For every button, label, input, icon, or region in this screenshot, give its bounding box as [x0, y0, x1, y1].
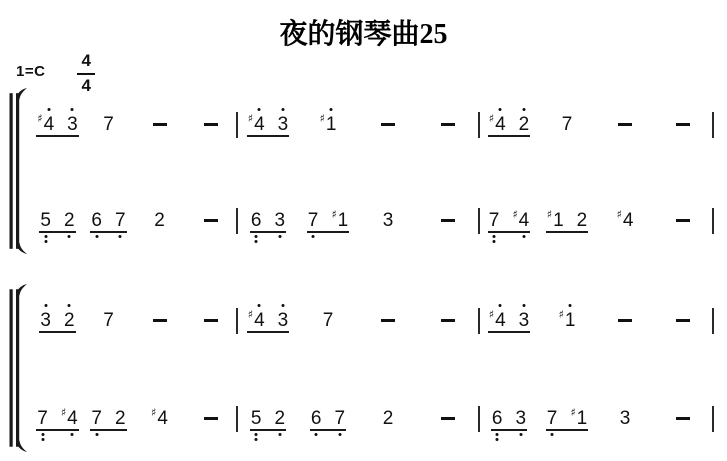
note-number: 1 — [577, 409, 588, 428]
beat — [358, 115, 418, 134]
note: ♯1 — [570, 409, 587, 428]
beat: 63 — [238, 211, 298, 230]
note-number-wrap: 7 — [323, 311, 334, 330]
note-number: 4 — [67, 409, 78, 428]
note-number-wrap: 1 — [565, 311, 576, 330]
note-number: 3 — [519, 311, 530, 330]
note-number-wrap: 3 — [519, 311, 530, 330]
measure: ♯427 — [480, 115, 712, 134]
beat — [418, 115, 478, 134]
note: 3 — [620, 409, 631, 428]
note-group — [441, 219, 455, 230]
note-number: 7 — [323, 311, 334, 330]
beat — [654, 311, 712, 330]
note-number-wrap: 6 — [492, 409, 503, 428]
note-group: 7♯4 — [489, 211, 529, 230]
beat: 2 — [358, 409, 418, 428]
octave-dot — [338, 433, 341, 436]
octave-dot-above — [499, 304, 502, 307]
note-number: 1 — [553, 211, 564, 230]
note-group: ♯4 — [151, 409, 168, 428]
note-number-wrap: 3 — [278, 115, 289, 134]
note-group: ♯43 — [37, 115, 77, 134]
note-number: 1 — [565, 311, 576, 330]
octave-dot-above — [522, 304, 525, 307]
note: ♯1 — [331, 211, 348, 230]
note-group: 7 — [562, 115, 573, 134]
octave-dots-below — [551, 433, 554, 436]
note-number: 5 — [251, 409, 262, 428]
sharp-icon: ♯ — [151, 407, 156, 418]
beat — [596, 115, 654, 134]
measure: 327 — [32, 311, 236, 330]
beat: ♯12 — [538, 211, 596, 230]
beat — [185, 311, 236, 330]
note-group — [676, 417, 690, 428]
note-group — [153, 319, 167, 330]
note-number-wrap: 7 — [562, 115, 573, 134]
note-group: 3 — [620, 409, 631, 428]
sharp-icon: ♯ — [37, 113, 42, 124]
dash-rest — [153, 123, 167, 126]
note-group — [204, 219, 218, 230]
note-group: 32 — [40, 311, 74, 330]
beat: 67 — [83, 211, 134, 230]
octave-dot-above — [47, 108, 50, 111]
staff-treble: 327♯437♯43♯1 — [32, 290, 720, 330]
note-number: 3 — [383, 211, 394, 230]
dash-rest — [381, 123, 395, 126]
note: 5 — [251, 409, 262, 428]
octave-dots-below — [338, 433, 341, 436]
beat: 7♯4 — [32, 409, 83, 428]
note-group: 7 — [323, 311, 334, 330]
note-number: 3 — [67, 115, 78, 134]
note: ♯4 — [617, 211, 634, 230]
octave-dot-above — [281, 304, 284, 307]
measure: ♯437 — [238, 311, 478, 330]
beat: ♯43 — [480, 311, 538, 330]
sharp-icon: ♯ — [547, 209, 552, 220]
note-number-wrap: 3 — [67, 115, 78, 134]
note-number: 4 — [254, 311, 265, 330]
measure: 637♯13 — [480, 409, 712, 428]
octave-dot-above — [258, 108, 261, 111]
note-number: 7 — [335, 409, 346, 428]
note-group: 52 — [251, 409, 285, 428]
note: 2 — [275, 409, 286, 428]
note-number: 3 — [40, 311, 51, 330]
note-group: 7♯1 — [547, 409, 587, 428]
note-group: ♯1 — [559, 311, 576, 330]
sharp-icon: ♯ — [489, 113, 494, 124]
note-number: 4 — [254, 115, 265, 134]
note-group: ♯43 — [248, 311, 288, 330]
sheet-music-page: 夜的钢琴曲25 1=C 4 4 ♯437♯43♯1♯42752672637♯13… — [0, 0, 727, 461]
note-group — [618, 319, 632, 330]
note-number: 3 — [278, 115, 289, 134]
beat: 3 — [596, 409, 654, 428]
note-group: 2 — [154, 211, 165, 230]
note-group: 72 — [91, 409, 125, 428]
octave-dots-below — [255, 433, 258, 441]
octave-dot — [255, 235, 258, 238]
measure: 7♯472♯4 — [32, 409, 236, 428]
octave-dots-below — [95, 235, 98, 238]
note-number: 7 — [115, 211, 126, 230]
note-number-wrap: 7 — [103, 115, 114, 134]
note-number: 2 — [519, 115, 530, 134]
note-group: ♯43 — [248, 115, 288, 134]
note-number-wrap: 3 — [620, 409, 631, 428]
sharp-icon: ♯ — [248, 309, 253, 320]
note-group: 2 — [383, 409, 394, 428]
octave-dots-below — [522, 235, 525, 238]
note-group: 63 — [251, 211, 285, 230]
beat — [185, 211, 236, 230]
note: 2 — [383, 409, 394, 428]
dash-rest — [153, 319, 167, 322]
note-group — [676, 219, 690, 230]
note-number-wrap: 6 — [311, 409, 322, 428]
staff-treble: ♯437♯43♯1♯427 — [32, 94, 720, 134]
dash-rest — [441, 319, 455, 322]
octave-dots-below — [41, 433, 44, 441]
note-number: 2 — [383, 409, 394, 428]
note: 3 — [67, 115, 78, 134]
staff-bass: 7♯472♯452672637♯13 — [32, 388, 720, 428]
note-group — [381, 123, 395, 134]
beat — [418, 409, 478, 428]
sharp-icon: ♯ — [320, 113, 325, 124]
note-number: 6 — [91, 211, 102, 230]
measure: 637♯13 — [238, 211, 478, 230]
octave-dot — [315, 433, 318, 436]
note: 7 — [335, 409, 346, 428]
sharp-icon: ♯ — [559, 309, 564, 320]
note: ♯1 — [559, 311, 576, 330]
note-group: ♯4 — [617, 211, 634, 230]
note-number-wrap: 4 — [495, 115, 506, 134]
note-group — [618, 123, 632, 134]
note-group: 67 — [91, 211, 125, 230]
dash-rest — [441, 417, 455, 420]
beat — [134, 115, 185, 134]
note: 2 — [154, 211, 165, 230]
measure: 52672 — [32, 211, 236, 230]
octave-dot — [44, 235, 47, 238]
dash-rest — [204, 417, 218, 420]
note-group: 3 — [383, 211, 394, 230]
beat: ♯4 — [596, 211, 654, 230]
note: 3 — [519, 311, 530, 330]
beat — [418, 211, 478, 230]
note: 7 — [562, 115, 573, 134]
sharp-icon: ♯ — [331, 209, 336, 220]
note-number: 4 — [495, 311, 506, 330]
note-number: 2 — [275, 409, 286, 428]
note-group: 63 — [492, 409, 526, 428]
note-number: 7 — [37, 409, 48, 428]
dash-rest — [676, 219, 690, 222]
key-signature: 1=C — [16, 63, 45, 80]
beat: ♯1 — [538, 311, 596, 330]
beat: 2 — [134, 211, 185, 230]
measure: ♯43♯1 — [480, 311, 712, 330]
note-number: 2 — [154, 211, 165, 230]
note-number-wrap: 3 — [40, 311, 51, 330]
octave-dot — [522, 235, 525, 238]
note-group — [441, 417, 455, 428]
grand-staff-bracket-icon — [6, 284, 28, 452]
note: 3 — [516, 409, 527, 428]
note-group — [441, 319, 455, 330]
octave-dots-below — [278, 235, 281, 238]
note-group — [676, 319, 690, 330]
note-number: 4 — [44, 115, 55, 134]
note: 7 — [115, 211, 126, 230]
sharp-icon: ♯ — [248, 113, 253, 124]
note-group: 52 — [40, 211, 74, 230]
octave-dots-below — [68, 235, 71, 238]
note-number-wrap: 4 — [495, 311, 506, 330]
octave-dots-below — [493, 235, 496, 243]
note-number-wrap: 1 — [553, 211, 564, 230]
barline — [712, 208, 714, 234]
staves: ♯437♯43♯1♯42752672637♯137♯4♯12♯4 — [28, 88, 720, 254]
note-number-wrap: 7 — [37, 409, 48, 428]
note-number: 1 — [326, 115, 337, 134]
staves: 327♯437♯43♯17♯472♯452672637♯13 — [28, 284, 720, 452]
note-number: 7 — [308, 211, 319, 230]
sharp-icon: ♯ — [617, 209, 622, 220]
dash-rest — [204, 319, 218, 322]
octave-dots-below — [95, 433, 98, 436]
note-number-wrap: 2 — [577, 211, 588, 230]
beat: ♯43 — [238, 115, 298, 134]
octave-dot — [119, 235, 122, 238]
octave-dot — [496, 438, 499, 441]
note-number: 7 — [562, 115, 573, 134]
note-number-wrap: 7 — [308, 211, 319, 230]
dash-rest — [204, 123, 218, 126]
beat: 3 — [358, 211, 418, 230]
note-number-wrap: 7 — [103, 311, 114, 330]
beat: ♯43 — [238, 311, 298, 330]
note: 3 — [278, 311, 289, 330]
note-number-wrap: 4 — [44, 115, 55, 134]
note-number-wrap: 2 — [64, 311, 75, 330]
note-number-wrap: 7 — [115, 211, 126, 230]
note: ♯4 — [489, 311, 506, 330]
note: 3 — [40, 311, 51, 330]
note-number: 4 — [157, 409, 168, 428]
note-number: 3 — [620, 409, 631, 428]
beat: ♯1 — [298, 115, 358, 134]
note: 7 — [323, 311, 334, 330]
octave-dot-above — [499, 108, 502, 111]
beat: 7♯1 — [538, 409, 596, 428]
note-number-wrap: 2 — [383, 409, 394, 428]
system: ♯437♯43♯1♯42752672637♯137♯4♯12♯4 — [6, 88, 720, 254]
beat — [654, 409, 712, 428]
note-number: 2 — [64, 311, 75, 330]
octave-dot-above — [71, 108, 74, 111]
note-number: 3 — [516, 409, 527, 428]
note-number: 7 — [91, 409, 102, 428]
note-number-wrap: 7 — [489, 211, 500, 230]
note-number-wrap: 2 — [154, 211, 165, 230]
measure: 52672 — [238, 409, 478, 428]
note-group — [204, 319, 218, 330]
note: 6 — [492, 409, 503, 428]
beat — [185, 409, 236, 428]
octave-dots-below — [119, 235, 122, 238]
note-number-wrap: 1 — [326, 115, 337, 134]
octave-dot — [41, 433, 44, 436]
note-group: ♯12 — [547, 211, 587, 230]
note-number-wrap: 4 — [67, 409, 78, 428]
note-number-wrap: 1 — [577, 409, 588, 428]
note-number-wrap: 4 — [254, 311, 265, 330]
beat — [134, 311, 185, 330]
octave-dot-above — [522, 108, 525, 111]
note: 7 — [91, 409, 102, 428]
system: 327♯437♯43♯17♯472♯452672637♯13 — [6, 284, 720, 452]
dash-rest — [676, 319, 690, 322]
note: 7 — [37, 409, 48, 428]
note-group — [204, 417, 218, 428]
note: ♯4 — [489, 115, 506, 134]
note-number-wrap: 4 — [623, 211, 634, 230]
note: 3 — [278, 115, 289, 134]
note-number-wrap: 7 — [547, 409, 558, 428]
note-number-wrap: 5 — [251, 409, 262, 428]
dash-rest — [441, 123, 455, 126]
sharp-icon: ♯ — [512, 209, 517, 220]
octave-dot — [71, 433, 74, 436]
octave-dot — [278, 235, 281, 238]
note: 7 — [103, 115, 114, 134]
octave-dot-above — [569, 304, 572, 307]
sharp-icon: ♯ — [489, 309, 494, 320]
dash-rest — [676, 123, 690, 126]
beat — [654, 115, 712, 134]
octave-dot — [41, 438, 44, 441]
note-number: 2 — [64, 211, 75, 230]
octave-dots-below — [71, 433, 74, 436]
note-number-wrap: 4 — [254, 115, 265, 134]
note-number: 7 — [547, 409, 558, 428]
note-number: 6 — [311, 409, 322, 428]
note: ♯1 — [320, 115, 337, 134]
note-number: 1 — [338, 211, 349, 230]
beat — [358, 311, 418, 330]
note-group: 67 — [311, 409, 345, 428]
grand-staff-bracket-icon — [6, 88, 28, 254]
staff-bass: 52672637♯137♯4♯12♯4 — [32, 190, 720, 230]
note-group: 7♯1 — [308, 211, 348, 230]
barline — [712, 308, 714, 334]
note-number: 4 — [623, 211, 634, 230]
note: 2 — [115, 409, 126, 428]
note-number: 3 — [275, 211, 286, 230]
note: 7 — [547, 409, 558, 428]
note-number-wrap: 2 — [275, 409, 286, 428]
octave-dots-below — [519, 433, 522, 436]
note: 6 — [311, 409, 322, 428]
beat: 7♯1 — [298, 211, 358, 230]
beat: 67 — [298, 409, 358, 428]
note-number: 4 — [495, 115, 506, 134]
note: 2 — [64, 211, 75, 230]
beat: 52 — [238, 409, 298, 428]
dash-rest — [676, 417, 690, 420]
note-number-wrap: 3 — [383, 211, 394, 230]
note-number: 7 — [489, 211, 500, 230]
note-number: 2 — [115, 409, 126, 428]
note-number-wrap: 4 — [157, 409, 168, 428]
note-number: 2 — [577, 211, 588, 230]
octave-dot — [312, 235, 315, 238]
sharp-icon: ♯ — [61, 407, 66, 418]
octave-dot-above — [281, 108, 284, 111]
note: 2 — [519, 115, 530, 134]
note: ♯4 — [61, 409, 78, 428]
dash-rest — [618, 123, 632, 126]
note-number-wrap: 2 — [115, 409, 126, 428]
octave-dot — [255, 240, 258, 243]
note-number-wrap: 1 — [338, 211, 349, 230]
note-group — [441, 123, 455, 134]
octave-dots-below — [315, 433, 318, 436]
octave-dots-below — [44, 235, 47, 243]
note-group: ♯42 — [489, 115, 529, 134]
note: 3 — [383, 211, 394, 230]
beat: ♯42 — [480, 115, 538, 134]
note: 5 — [40, 211, 51, 230]
barline — [712, 406, 714, 432]
octave-dot-above — [258, 304, 261, 307]
note-number-wrap: 2 — [519, 115, 530, 134]
beat: 7 — [538, 115, 596, 134]
note-group: ♯1 — [320, 115, 337, 134]
dash-rest — [441, 219, 455, 222]
beat: 52 — [32, 211, 83, 230]
note: 7 — [308, 211, 319, 230]
beat: 32 — [32, 311, 83, 330]
sharp-icon: ♯ — [570, 407, 575, 418]
octave-dot — [551, 433, 554, 436]
beat: ♯43 — [32, 115, 83, 134]
note: 2 — [577, 211, 588, 230]
note: 6 — [91, 211, 102, 230]
beat — [596, 311, 654, 330]
note-group — [204, 123, 218, 134]
page-title: 夜的钢琴曲25 — [0, 12, 727, 52]
beat: 72 — [83, 409, 134, 428]
beat — [185, 115, 236, 134]
note-group — [676, 123, 690, 134]
note-number-wrap: 4 — [519, 211, 530, 230]
octave-dot-above — [330, 108, 333, 111]
note: ♯4 — [512, 211, 529, 230]
barline — [712, 112, 714, 138]
note-number-wrap: 5 — [40, 211, 51, 230]
octave-dot — [44, 240, 47, 243]
note-number-wrap: 7 — [91, 409, 102, 428]
octave-dot — [496, 433, 499, 436]
